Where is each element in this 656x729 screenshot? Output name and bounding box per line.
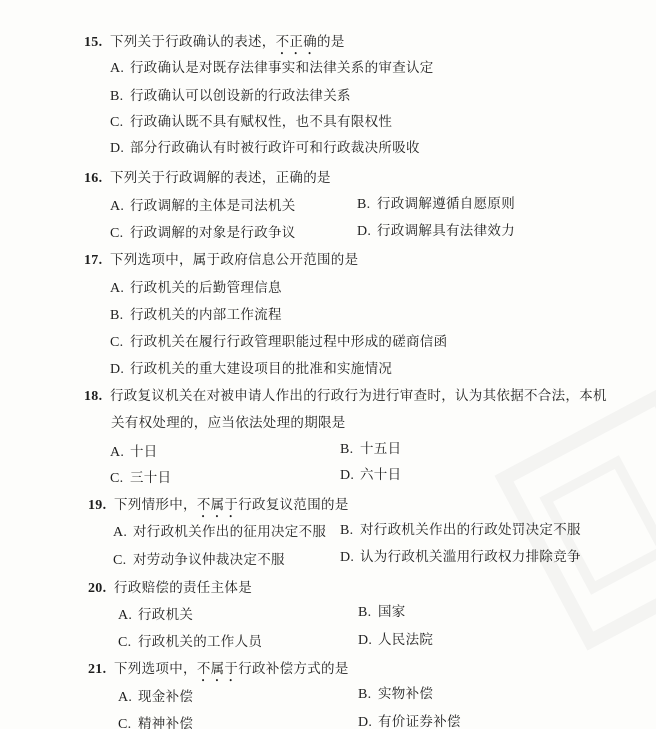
option-18d: D.六十日 bbox=[340, 466, 401, 485]
option-label: A. bbox=[113, 524, 133, 542]
option-15d: D.部分行政确认有时被行政许可和行政裁决所吸收 bbox=[110, 139, 420, 158]
option-label: A. bbox=[110, 444, 130, 462]
option-17d: D.行政机关的重大建设项目的批准和实施情况 bbox=[110, 360, 392, 379]
emphasis-text: 不属于 bbox=[197, 661, 238, 677]
option-text: 行政机关 bbox=[138, 607, 193, 623]
option-label: C. bbox=[110, 225, 130, 243]
option-18a: A.十日 bbox=[110, 443, 158, 462]
exam-page: 15.下列关于行政确认的表述，不正确的是 A.行政确认是对既存法律事实和法律关系… bbox=[0, 0, 656, 729]
option-21d: D.有价证券补偿 bbox=[358, 713, 461, 729]
option-text: 实物补偿 bbox=[378, 686, 433, 702]
option-21a: A.现金补偿 bbox=[118, 688, 193, 707]
option-label: B. bbox=[358, 686, 378, 704]
option-17c: C.行政机关在履行行政管理职能过程中形成的磋商信函 bbox=[110, 333, 447, 352]
question-19-stem: 19.下列情形中，不属于行政复议范围的是 bbox=[88, 496, 349, 521]
question-21-stem: 21.下列选项中，不属于行政补偿方式的是 bbox=[88, 660, 349, 685]
option-16c: C.行政调解的对象是行政争议 bbox=[110, 224, 296, 243]
option-text: 六十日 bbox=[360, 467, 401, 483]
option-text: 现金补偿 bbox=[138, 689, 193, 705]
option-16d: D.行政调解具有法律效力 bbox=[357, 222, 515, 241]
option-label: B. bbox=[340, 522, 360, 540]
question-number: 18. bbox=[84, 388, 110, 406]
option-label: D. bbox=[357, 223, 377, 241]
option-text: 行政确认既不具有赋权性，也不具有限权性 bbox=[130, 114, 392, 130]
option-15c: C.行政确认既不具有赋权性，也不具有限权性 bbox=[110, 113, 392, 132]
option-text: 行政机关的重大建设项目的批准和实施情况 bbox=[130, 361, 392, 377]
option-label: B. bbox=[358, 604, 378, 622]
option-label: D. bbox=[110, 361, 130, 379]
option-label: A. bbox=[118, 689, 138, 707]
option-text: 行政调解遵循自愿原则 bbox=[377, 196, 515, 212]
option-label: B. bbox=[340, 441, 360, 459]
option-text: 人民法院 bbox=[378, 632, 433, 648]
option-label: B. bbox=[357, 196, 377, 214]
option-label: D. bbox=[358, 632, 378, 650]
option-15a: A.行政确认是对既存法律事实和法律关系的审查认定 bbox=[110, 59, 434, 78]
question-15-stem: 15.下列关于行政确认的表述，不正确的是 bbox=[84, 33, 345, 58]
option-20a: A.行政机关 bbox=[118, 606, 193, 625]
option-17b: B.行政机关的内部工作流程 bbox=[110, 306, 282, 325]
option-19d: D.认为行政机关滥用行政权力排除竞争 bbox=[340, 548, 581, 567]
option-label: D. bbox=[340, 467, 360, 485]
stem-text: 的是 bbox=[317, 34, 345, 50]
stem-text: 下列关于行政确认的表述， bbox=[110, 34, 276, 50]
stem-text: 行政复议范围的是 bbox=[238, 497, 348, 513]
option-label: C. bbox=[110, 470, 130, 488]
option-text: 国家 bbox=[378, 604, 406, 620]
option-text: 行政调解的对象是行政争议 bbox=[130, 225, 296, 241]
option-20b: B.国家 bbox=[358, 603, 406, 622]
question-number: 19. bbox=[88, 497, 114, 515]
option-19a: A.对行政机关作出的征用决定不服 bbox=[113, 523, 326, 542]
stem-text: 关有权处理的，应当依法处理的期限是 bbox=[111, 415, 346, 431]
option-label: C. bbox=[113, 552, 133, 570]
option-text: 十五日 bbox=[360, 441, 401, 457]
option-21b: B.实物补偿 bbox=[358, 685, 433, 704]
option-text: 对行政机关作出的行政处罚决定不服 bbox=[360, 522, 581, 538]
option-text: 认为行政机关滥用行政权力排除竞争 bbox=[360, 549, 581, 565]
option-text: 行政调解具有法律效力 bbox=[377, 223, 515, 239]
option-text: 部分行政确认有时被行政许可和行政裁决所吸收 bbox=[130, 140, 420, 156]
option-17a: A.行政机关的后勤管理信息 bbox=[110, 279, 282, 298]
stem-text: 下列关于行政调解的表述，正确的是 bbox=[110, 170, 331, 186]
option-19b: B.对行政机关作出的行政处罚决定不服 bbox=[340, 521, 581, 540]
question-16-stem: 16.下列关于行政调解的表述，正确的是 bbox=[84, 169, 331, 188]
question-18-stem-cont: 关有权处理的，应当依法处理的期限是 bbox=[111, 414, 346, 432]
option-text: 行政调解的主体是司法机关 bbox=[130, 198, 296, 214]
option-text: 对行政机关作出的征用决定不服 bbox=[133, 524, 326, 540]
stem-text: 行政复议机关在对被申请人作出的行政行为进行审查时，认为其依据不合法，本机 bbox=[110, 388, 607, 404]
option-label: C. bbox=[118, 716, 138, 729]
option-20d: D.人民法院 bbox=[358, 631, 433, 650]
option-text: 行政机关的后勤管理信息 bbox=[130, 280, 282, 296]
option-label: B. bbox=[110, 307, 130, 325]
option-label: C. bbox=[118, 634, 138, 652]
question-17-stem: 17.下列选项中，属于政府信息公开范围的是 bbox=[84, 251, 358, 270]
option-label: A. bbox=[110, 280, 130, 298]
option-text: 行政机关在履行行政管理职能过程中形成的磋商信函 bbox=[130, 334, 447, 350]
option-text: 行政机关的工作人员 bbox=[138, 634, 262, 650]
option-text: 有价证券补偿 bbox=[378, 714, 461, 729]
stem-text: 下列选项中， bbox=[114, 661, 197, 677]
stem-text: 行政赔偿的责任主体是 bbox=[114, 580, 252, 596]
stem-text: 下列选项中，属于政府信息公开范围的是 bbox=[110, 252, 358, 268]
option-text: 行政确认可以创设新的行政法律关系 bbox=[130, 88, 351, 104]
stem-text: 行政补偿方式的是 bbox=[238, 661, 348, 677]
option-label: A. bbox=[110, 198, 130, 216]
option-20c: C.行政机关的工作人员 bbox=[118, 633, 262, 652]
emphasis-text: 不正确 bbox=[276, 34, 317, 50]
option-label: D. bbox=[110, 140, 130, 158]
option-label: A. bbox=[118, 607, 138, 625]
option-label: D. bbox=[358, 714, 378, 729]
option-21c: C.精神补偿 bbox=[118, 715, 193, 729]
option-text: 精神补偿 bbox=[138, 716, 193, 729]
option-label: D. bbox=[340, 549, 360, 567]
option-text: 行政确认是对既存法律事实和法律关系的审查认定 bbox=[130, 60, 434, 76]
option-text: 十日 bbox=[130, 444, 158, 460]
option-text: 三十日 bbox=[130, 470, 171, 486]
question-18-stem: 18.行政复议机关在对被申请人作出的行政行为进行审查时，认为其依据不合法，本机 bbox=[84, 387, 607, 406]
option-15b: B.行政确认可以创设新的行政法律关系 bbox=[110, 87, 351, 106]
option-19c: C.对劳动争议仲裁决定不服 bbox=[113, 551, 285, 570]
option-18b: B.十五日 bbox=[340, 440, 401, 459]
option-label: B. bbox=[110, 88, 130, 106]
option-label: A. bbox=[110, 60, 130, 78]
question-number: 17. bbox=[84, 252, 110, 270]
option-text: 行政机关的内部工作流程 bbox=[130, 307, 282, 323]
option-16b: B.行政调解遵循自愿原则 bbox=[357, 195, 515, 214]
question-20-stem: 20.行政赔偿的责任主体是 bbox=[88, 579, 252, 598]
option-text: 对劳动争议仲裁决定不服 bbox=[133, 552, 285, 568]
option-18c: C.三十日 bbox=[110, 469, 171, 488]
option-label: C. bbox=[110, 334, 130, 352]
option-label: C. bbox=[110, 114, 130, 132]
question-number: 16. bbox=[84, 170, 110, 188]
option-16a: A.行政调解的主体是司法机关 bbox=[110, 197, 296, 216]
stem-text: 下列情形中， bbox=[114, 497, 197, 513]
question-number: 20. bbox=[88, 580, 114, 598]
question-number: 21. bbox=[88, 661, 114, 679]
question-number: 15. bbox=[84, 34, 110, 52]
emphasis-text: 不属于 bbox=[197, 497, 238, 513]
